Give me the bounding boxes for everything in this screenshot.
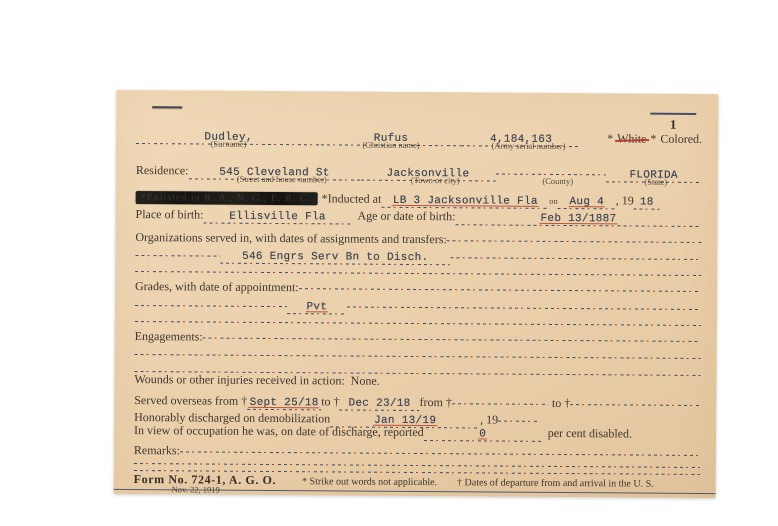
organizations-lead-dots: [135, 243, 220, 259]
place-of-birth-label: Place of birth:: [135, 207, 203, 222]
surname-label: (Surname): [136, 138, 321, 149]
christian-name-label: (Christian name): [321, 139, 461, 150]
discharge-row: Honorably discharged on demobilization J…: [134, 406, 700, 425]
redaction-bar: *Enlisted in R. A., N. G., E. R. C.: [136, 191, 318, 205]
wounds-row: Wounds or other injuries received in act…: [134, 372, 700, 391]
inducted-label: *Inducted at: [322, 191, 382, 206]
organizations-trail-dots: [450, 245, 701, 262]
overseas-to2-field: [570, 392, 700, 408]
age-field: Feb 13/1887: [455, 212, 701, 229]
page-number-rule: [650, 113, 696, 115]
inducted-date-value: Aug 4: [569, 196, 604, 208]
footnote-strike-out: * Strike out words not applicable.: [302, 476, 437, 488]
state-label: (State): [613, 176, 699, 187]
street-label: (Street and house number): [196, 173, 368, 184]
overseas-row: Served overseas from † Sept 25/18 to † D…: [134, 389, 700, 408]
organizations-label-row: Organizations served in, with dates of a…: [135, 226, 701, 245]
scan-background: 1 Dudley, Rufus 4,184,163 * White * Colo…: [0, 0, 778, 526]
footnote-dagger: † Dates of departure from and arrival in…: [457, 477, 654, 489]
place-of-birth-value: Ellisville Fla: [229, 211, 326, 224]
wounds-label: Wounds or other injuries received in act…: [134, 372, 344, 388]
redacted-enlisted-text: *Enlisted in R. A., N. G., E. R. C.: [136, 192, 316, 204]
place-of-birth-field: Ellisville Fla: [203, 211, 351, 227]
birth-row: Place of birth: Ellisville Fla Age or da…: [135, 207, 701, 226]
overseas-from2-field: [452, 391, 548, 407]
residence-labels-row: (Street and house number) (Town or city)…: [196, 173, 702, 187]
induction-row: *Enlisted in R. A., N. G., E. R. C. *Ind…: [136, 190, 702, 209]
grades-label-row: Grades, with date of appointment:: [135, 275, 701, 294]
discharge-year-field: [498, 409, 540, 424]
disabled-label: In view of occupation he was, on date of…: [134, 423, 424, 440]
engagements-label-row: Engagements:: [135, 325, 701, 344]
wounds-value: None.: [351, 374, 380, 389]
disabled-value: 0: [479, 428, 486, 440]
town-label: (Town or city): [368, 175, 503, 186]
inducted-year-field: 18: [634, 197, 660, 212]
serial-number-label: (Army serial number): [461, 140, 596, 151]
inducted-place-value: LB 3 Jacksonville Fla: [393, 195, 538, 208]
service-record-card: 1 Dudley, Rufus 4,184,163 * White * Colo…: [114, 90, 719, 498]
year-19-label: , 19: [616, 193, 634, 208]
engagements-field-1: [203, 326, 701, 344]
pen-dash-mark: [152, 106, 182, 108]
inducted-year-value: 18: [640, 197, 654, 209]
grades-trail-dots: [347, 295, 701, 312]
residence-label: Residence:: [136, 163, 189, 178]
grades-lead-dots: [135, 293, 287, 309]
age-label: Age or date of birth:: [357, 209, 455, 225]
organizations-field-1: [447, 228, 702, 245]
disabled-suffix-label: per cent disabled.: [548, 426, 632, 442]
age-value: Feb 13/1887: [541, 213, 617, 226]
county-label: (County): [503, 176, 613, 187]
blank-rule: [135, 342, 701, 361]
grades-field-1: [299, 276, 701, 294]
engagements-blank-row-1: [135, 342, 701, 361]
on-label: on: [549, 196, 558, 206]
